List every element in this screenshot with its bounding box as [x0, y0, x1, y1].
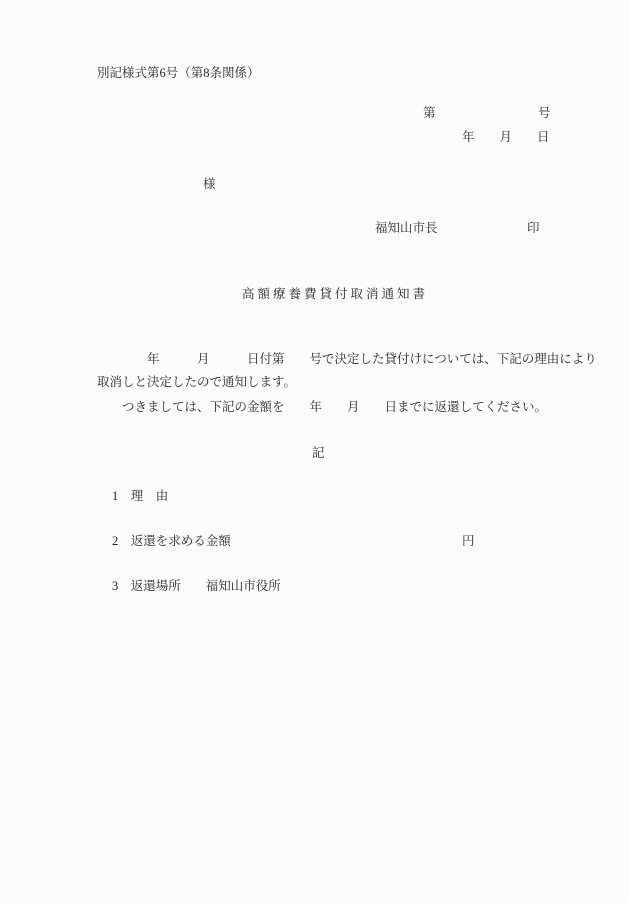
body-paragraph1-line2: 取消しと決定したので通知します。 — [97, 375, 296, 389]
document-title: 高額療養費貸付取消通知書 — [242, 287, 428, 301]
doc-number-suffix: 号 — [538, 106, 551, 120]
list-item-2-amount-label: 2 返還を求める金額 — [112, 534, 231, 548]
doc-number-prefix: 第 — [423, 106, 436, 120]
date-placeholder-line: 年 月 日 — [462, 130, 550, 144]
list-item-1-reason: 1 理 由 — [112, 489, 168, 503]
addressee-suffix: 様 — [203, 177, 216, 191]
list-item-3-return-place: 3 返還場所 福知山市役所 — [112, 579, 281, 593]
list-item-2-currency-unit: 円 — [462, 534, 475, 548]
form-reference-label: 別記様式第6号（第8条関係） — [97, 66, 260, 80]
document-page: 別記様式第6号（第8条関係） 第 号 年 月 日 様 福知山市長 印 高額療養費… — [0, 0, 630, 903]
body-paragraph1-line1: 年 月 日付第 号で決定した貸付けについては、下記の理由により — [97, 352, 597, 366]
sender-name: 福知山市長 — [375, 221, 438, 235]
seal-mark: 印 — [527, 221, 540, 235]
body-paragraph2: つきましては、下記の金額を 年 月 日までに返還してください。 — [97, 400, 547, 414]
list-header-ki: 記 — [312, 446, 325, 460]
